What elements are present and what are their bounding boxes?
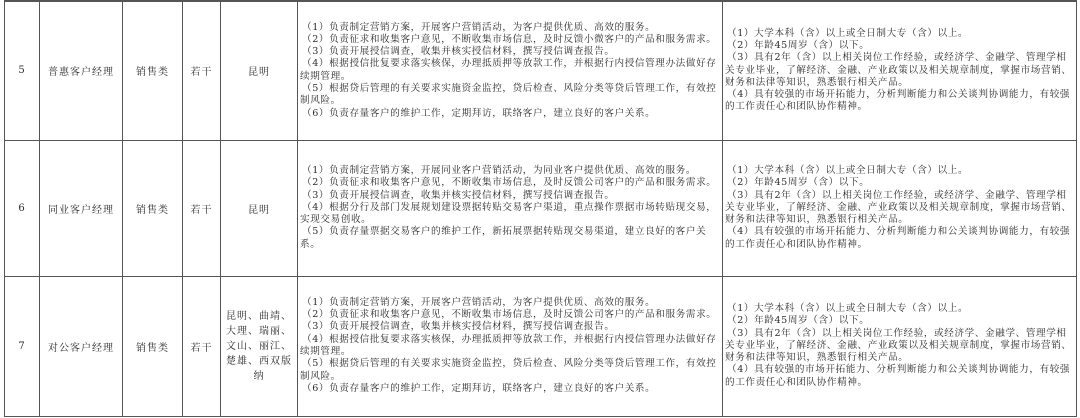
work-location: 昆明 [221, 1, 298, 140]
requirement-item: （3）具有2年（含）以上相关岗位工作经验，或经济学、金融学、管理学相关专业毕业，… [725, 328, 1074, 365]
duty-item: （1）负责制定营销方案，开展客户营销活动，为客户提供优质、高效的服务。 [300, 22, 720, 34]
row-number-text: 5 [18, 65, 25, 76]
table-row: 7 对公客户经理 销售类 若干 昆明、曲靖、大理、瑞丽、文山、丽江、楚雄、西双版… [5, 276, 1077, 416]
requirement-item: （4）具有较强的市场开拓能力、分析判断能力和公关谈判协调能力，有较强的工作责任心… [725, 226, 1074, 251]
position-name: 对公客户经理 [40, 276, 123, 416]
duty-item: （1）负责制定营销方案，开展客户营销活动，为客户提供优质、高效的服务。 [300, 297, 720, 309]
duty-item: （2）负责征求和收集客户意见，不断收集市场信息，及时反馈公司客户的产品和服务需求… [300, 309, 720, 321]
row-number-text: 7 [18, 341, 25, 352]
requirements-list: （1）大学本科（含）以上或全日制大专（含）以上。 （2）年龄45周岁（含）以下。… [723, 303, 1076, 389]
duty-item: （4）根据授信批复要求落实核保，办理抵质押等放款工作，并根据行内授信管理办法做好… [300, 58, 720, 83]
duties-list: （1）负责制定营销方案，开展客户营销活动，为客户提供优质、高效的服务。 （2）负… [298, 22, 722, 120]
duty-item: （4）根据分行及部门发展规划建设票据转贴交易客户渠道，重点操作票据市场转贴现交易… [300, 202, 720, 227]
work-location-text: 昆明 [248, 67, 270, 78]
headcount: 若干 [183, 1, 221, 140]
duty-item: （3）负责开展授信调查，收集并核实授信材料，撰写授信调查报告。 [300, 190, 720, 202]
requirement-item: （1）大学本科（含）以上或全日制大专（含）以上。 [725, 165, 1074, 177]
headcount-text: 若干 [191, 343, 213, 354]
position-category-text: 销售类 [136, 205, 169, 216]
duties-list: （1）负责制定营销方案，开展客户营销活动，为客户提供优质、高效的服务。 （2）负… [298, 297, 722, 395]
requirement-item: （3）具有2年（含）以上相关岗位工作经验，或经济学、金融学、管理学相关专业毕业，… [725, 190, 1074, 227]
duty-item: （5）根据贷后管理的有关要求实施资金监控，贷后检查、风险分类等贷后管理工作，有效… [300, 83, 720, 108]
requirement-item: （2）年龄45周岁（含）以下。 [725, 177, 1074, 189]
position-category: 销售类 [123, 140, 183, 276]
position-category: 销售类 [123, 276, 183, 416]
table-row: 6 同业客户经理 销售类 若干 昆明 （1）负责制定营销方案，开展同业客户营销活… [5, 140, 1077, 276]
position-category-text: 销售类 [136, 67, 169, 78]
requirement-item: （3）具有2年（含）以上相关岗位工作经验，或经济学、金融学、管理学相关专业毕业，… [725, 52, 1074, 89]
headcount-text: 若干 [191, 205, 213, 216]
job-positions-table: 5 普惠客户经理 销售类 若干 昆明 （1）负责制定营销方案，开展客户营销活动，… [4, 0, 1077, 417]
requirement-item: （4）具有较强的市场开拓能力、分析判断能力和公关谈判协调能力，有较强的工作责任心… [725, 364, 1074, 389]
duty-item: （2）负责征求和收集客户意见，不断收集市场信息，及时反馈小微客户的产品和服务需求… [300, 34, 720, 46]
duty-item: （2）负责征求和收集客户意见，不断收集市场信息，及时反馈公司客户的产品和服务需求… [300, 177, 720, 189]
headcount-text: 若干 [191, 67, 213, 78]
job-requirements: （1）大学本科（含）以上或全日制大专（含）以上。 （2）年龄45周岁（含）以下。… [723, 1, 1077, 140]
work-location-text: 昆明、曲靖、大理、瑞丽、文山、丽江、楚雄、西双版纳 [221, 309, 297, 384]
table-row: 5 普惠客户经理 销售类 若干 昆明 （1）负责制定营销方案，开展客户营销活动，… [5, 1, 1077, 140]
position-name-text: 普惠客户经理 [48, 67, 114, 78]
job-duties: （1）负责制定营销方案，开展客户营销活动，为客户提供优质、高效的服务。 （2）负… [298, 276, 723, 416]
requirement-item: （1）大学本科（含）以上或全日制大专（含）以上。 [725, 303, 1074, 315]
position-name: 普惠客户经理 [40, 1, 123, 140]
position-name: 同业客户经理 [40, 140, 123, 276]
row-number-text: 6 [18, 203, 25, 214]
job-requirements: （1）大学本科（含）以上或全日制大专（含）以上。 （2）年龄45周岁（含）以下。… [723, 276, 1077, 416]
work-location: 昆明 [221, 140, 298, 276]
duty-item: （3）负责开展授信调查，收集并核实授信材料，撰写授信调查报告。 [300, 46, 720, 58]
row-number: 5 [5, 1, 40, 140]
position-category: 销售类 [123, 1, 183, 140]
duty-item: （3）负责开展授信调查，收集并核实授信材料，撰写授信调查报告。 [300, 321, 720, 333]
position-name-text: 对公客户经理 [48, 343, 114, 354]
job-duties: （1）负责制定营销方案，开展同业客户营销活动，为同业客户提供优质、高效的服务。 … [298, 140, 723, 276]
duty-item: （6）负责存量客户的维护工作，定期拜访，联络客户，建立良好的客户关系。 [300, 108, 720, 120]
requirement-item: （2）年龄45周岁（含）以下。 [725, 315, 1074, 327]
requirement-item: （1）大学本科（含）以上或全日制大专（含）以上。 [725, 28, 1074, 40]
job-duties: （1）负责制定营销方案，开展客户营销活动，为客户提供优质、高效的服务。 （2）负… [298, 1, 723, 140]
work-location: 昆明、曲靖、大理、瑞丽、文山、丽江、楚雄、西双版纳 [221, 276, 298, 416]
duty-item: （6）负责存量客户的维护工作，定期拜访，联络客户，建立良好的客户关系。 [300, 383, 720, 395]
requirement-item: （4）具有较强的市场开拓能力，分析判断能力和公关谈判协调能力，有较强的工作责任心… [725, 89, 1074, 114]
duty-item: （4）根据授信批复要求落实核保，办理抵质押等放款工作，并根据行内授信管理办法做好… [300, 334, 720, 359]
work-location-text: 昆明 [248, 205, 270, 216]
headcount: 若干 [183, 276, 221, 416]
duty-item: （1）负责制定营销方案，开展同业客户营销活动，为同业客户提供优质、高效的服务。 [300, 165, 720, 177]
headcount: 若干 [183, 140, 221, 276]
requirements-list: （1）大学本科（含）以上或全日制大专（含）以上。 （2）年龄45周岁（含）以下。… [723, 165, 1076, 251]
requirement-item: （2）年龄45周岁（含）以下。 [725, 40, 1074, 52]
requirements-list: （1）大学本科（含）以上或全日制大专（含）以上。 （2）年龄45周岁（含）以下。… [723, 28, 1076, 114]
duties-list: （1）负责制定营销方案，开展同业客户营销活动，为同业客户提供优质、高效的服务。 … [298, 165, 722, 251]
duty-item: （5）根据贷后管理的有关要求实施资金监控，贷后检查、风险分类等贷后管理工作，有效… [300, 358, 720, 383]
position-name-text: 同业客户经理 [48, 205, 114, 216]
position-category-text: 销售类 [136, 343, 169, 354]
duty-item: （5）负责存量票据交易客户的维护工作，新拓展票据转贴现交易渠道，建立良好的客户关… [300, 226, 720, 251]
row-number: 6 [5, 140, 40, 276]
job-requirements: （1）大学本科（含）以上或全日制大专（含）以上。 （2）年龄45周岁（含）以下。… [723, 140, 1077, 276]
row-number: 7 [5, 276, 40, 416]
